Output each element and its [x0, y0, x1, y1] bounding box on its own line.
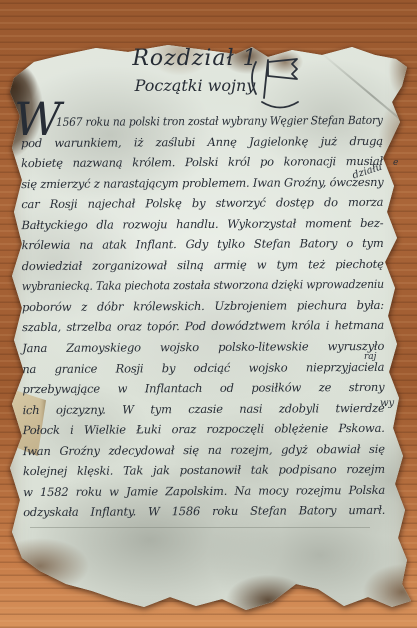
handwritten-line: Bałtyckiego dla rozwoju handlu. Wykorzys…: [21, 216, 383, 239]
handwritten-line: kobietę nazwaną królem. Polski król po k…: [21, 154, 383, 177]
handwritten-line: 1567 roku na polski tron został wybrany …: [21, 113, 356, 136]
handwritten-paragraph: 1567 roku na polski tron został wybrany …: [21, 113, 386, 526]
handwritten-line: na granice Rosji by odciąć wojsko nieprz…: [22, 359, 384, 382]
handwritten-line: ich ojczyzny. W tym czasie nasi zdobyli …: [23, 401, 385, 424]
handwritten-line: poborów z dóbr królewskich. Uzbrojeniem …: [22, 298, 384, 321]
margin-note: wy: [380, 398, 394, 409]
flag-doodle-icon: [246, 56, 316, 116]
handwritten-line: wybraniecką. Taka piechota została stwor…: [22, 277, 362, 300]
handwritten-line: Połock i Wielkie Łuki oraz rozpoczęli ob…: [23, 421, 385, 444]
handwritten-line: car Rosji najechał Polskę by stworzyć do…: [21, 195, 383, 218]
photo-canvas: Rozdział 1 Początki wojny W 1567 roku na…: [0, 0, 417, 628]
handwritten-line: dowiedział zorganizował silną armię w ty…: [22, 257, 384, 280]
handwritten-line: odzyskała Inflanty. W 1586 roku Stefan B…: [23, 503, 385, 526]
handwritten-line: królewia na atak Inflant. Gdy tylko Stef…: [22, 236, 384, 259]
handwritten-line: szabla, strzelba oraz topór. Pod dowództ…: [22, 318, 384, 341]
handwritten-line: przebywające w Inflantach od posiłków ze…: [22, 380, 384, 403]
margin-note: e: [393, 158, 398, 168]
handwritten-line: kolejnej klęski. Tak jak postanowił tak …: [23, 462, 385, 485]
margin-note: raj: [364, 352, 376, 362]
pencil-guide-line: [30, 527, 370, 528]
handwritten-line: Iwan Groźny zdecydował się na rozejm, gd…: [23, 442, 385, 465]
handwritten-line: się zmierzyć z narastającym problemem. I…: [21, 175, 381, 198]
handwritten-line: Jana Zamoyskiego wojsko polsko-litewskie…: [22, 339, 384, 362]
handwriting-layer: Rozdział 1 Początki wojny W 1567 roku na…: [0, 0, 417, 628]
handwritten-line: w 1582 roku w Jamie Zapolskim. Na mocy r…: [23, 483, 385, 506]
handwritten-line: pod warunkiem, iż zaślubi Annę Jagielonk…: [21, 133, 383, 156]
